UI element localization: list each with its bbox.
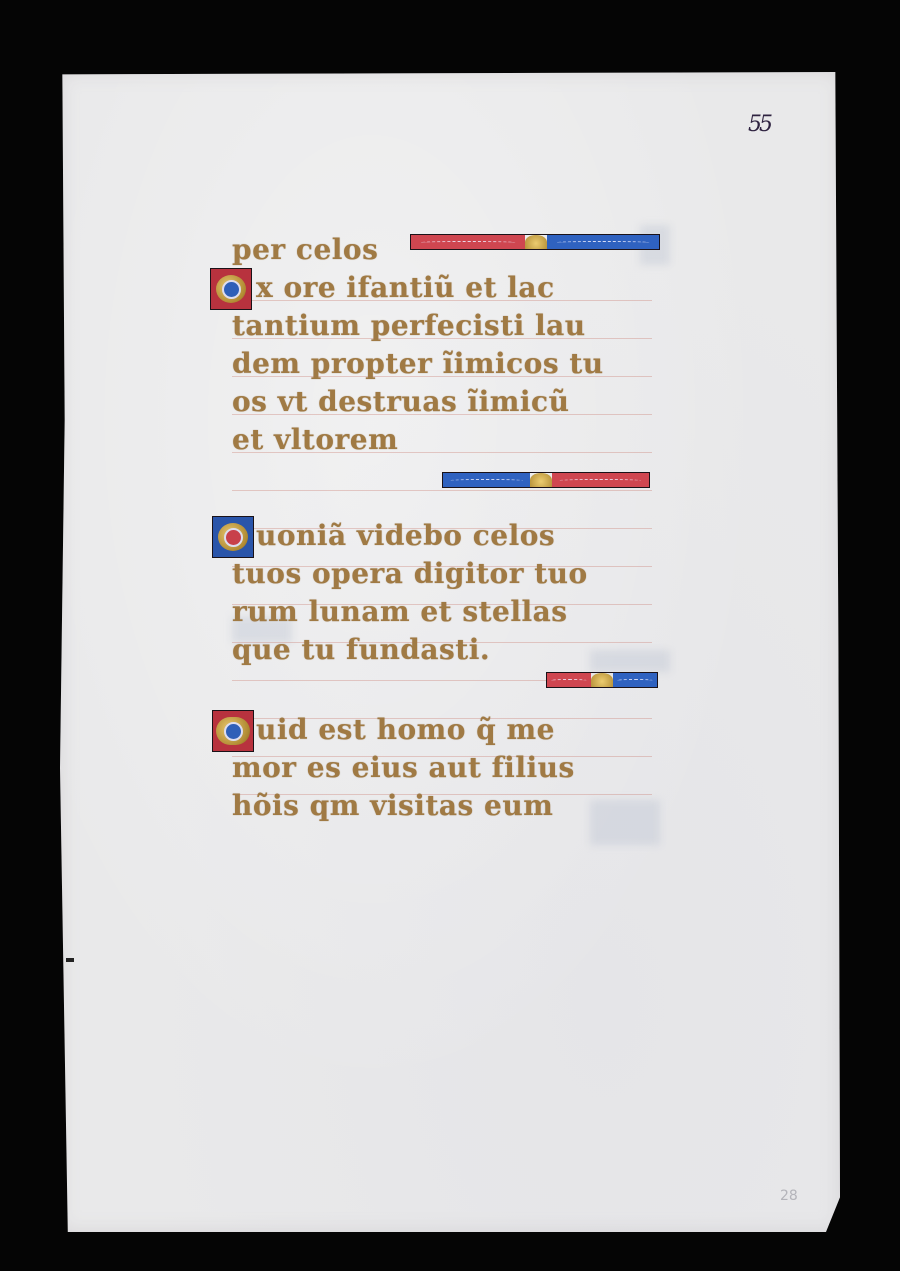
edge-ink-mark [66, 958, 74, 962]
text-line: rum lunam et stellas [232, 592, 568, 632]
text-line: tuos opera digitor tuo [232, 554, 588, 594]
text-line: x ore ifantiũ et lac [256, 268, 555, 308]
text-line: tantium perfecisti lau [232, 306, 586, 346]
text-line: et vltorem [232, 420, 398, 460]
stain [590, 650, 670, 672]
text-line: uoniã videbo celos [256, 516, 555, 556]
text-line: que tu fundasti. [232, 630, 490, 670]
line-filler [410, 234, 660, 250]
text-line: hõis qm visitas eum [232, 786, 553, 826]
text-line: uid est homo q̃ me [256, 710, 555, 750]
text-line: os vt destruas ĩimicũ [232, 382, 569, 422]
text-line: dem propter ĩimicos tu [232, 344, 604, 384]
illuminated-initial-e [210, 268, 252, 310]
text-line: per celos [232, 230, 378, 270]
line-filler [546, 672, 658, 688]
text-line: mor es eius aut filius [232, 748, 575, 788]
illuminated-initial-q [212, 516, 254, 558]
illuminated-initial-q [212, 710, 254, 752]
folio-number: 55 [748, 112, 770, 137]
line-filler [442, 472, 650, 488]
pencil-mark: 28 [780, 1188, 798, 1204]
stain [590, 800, 660, 845]
